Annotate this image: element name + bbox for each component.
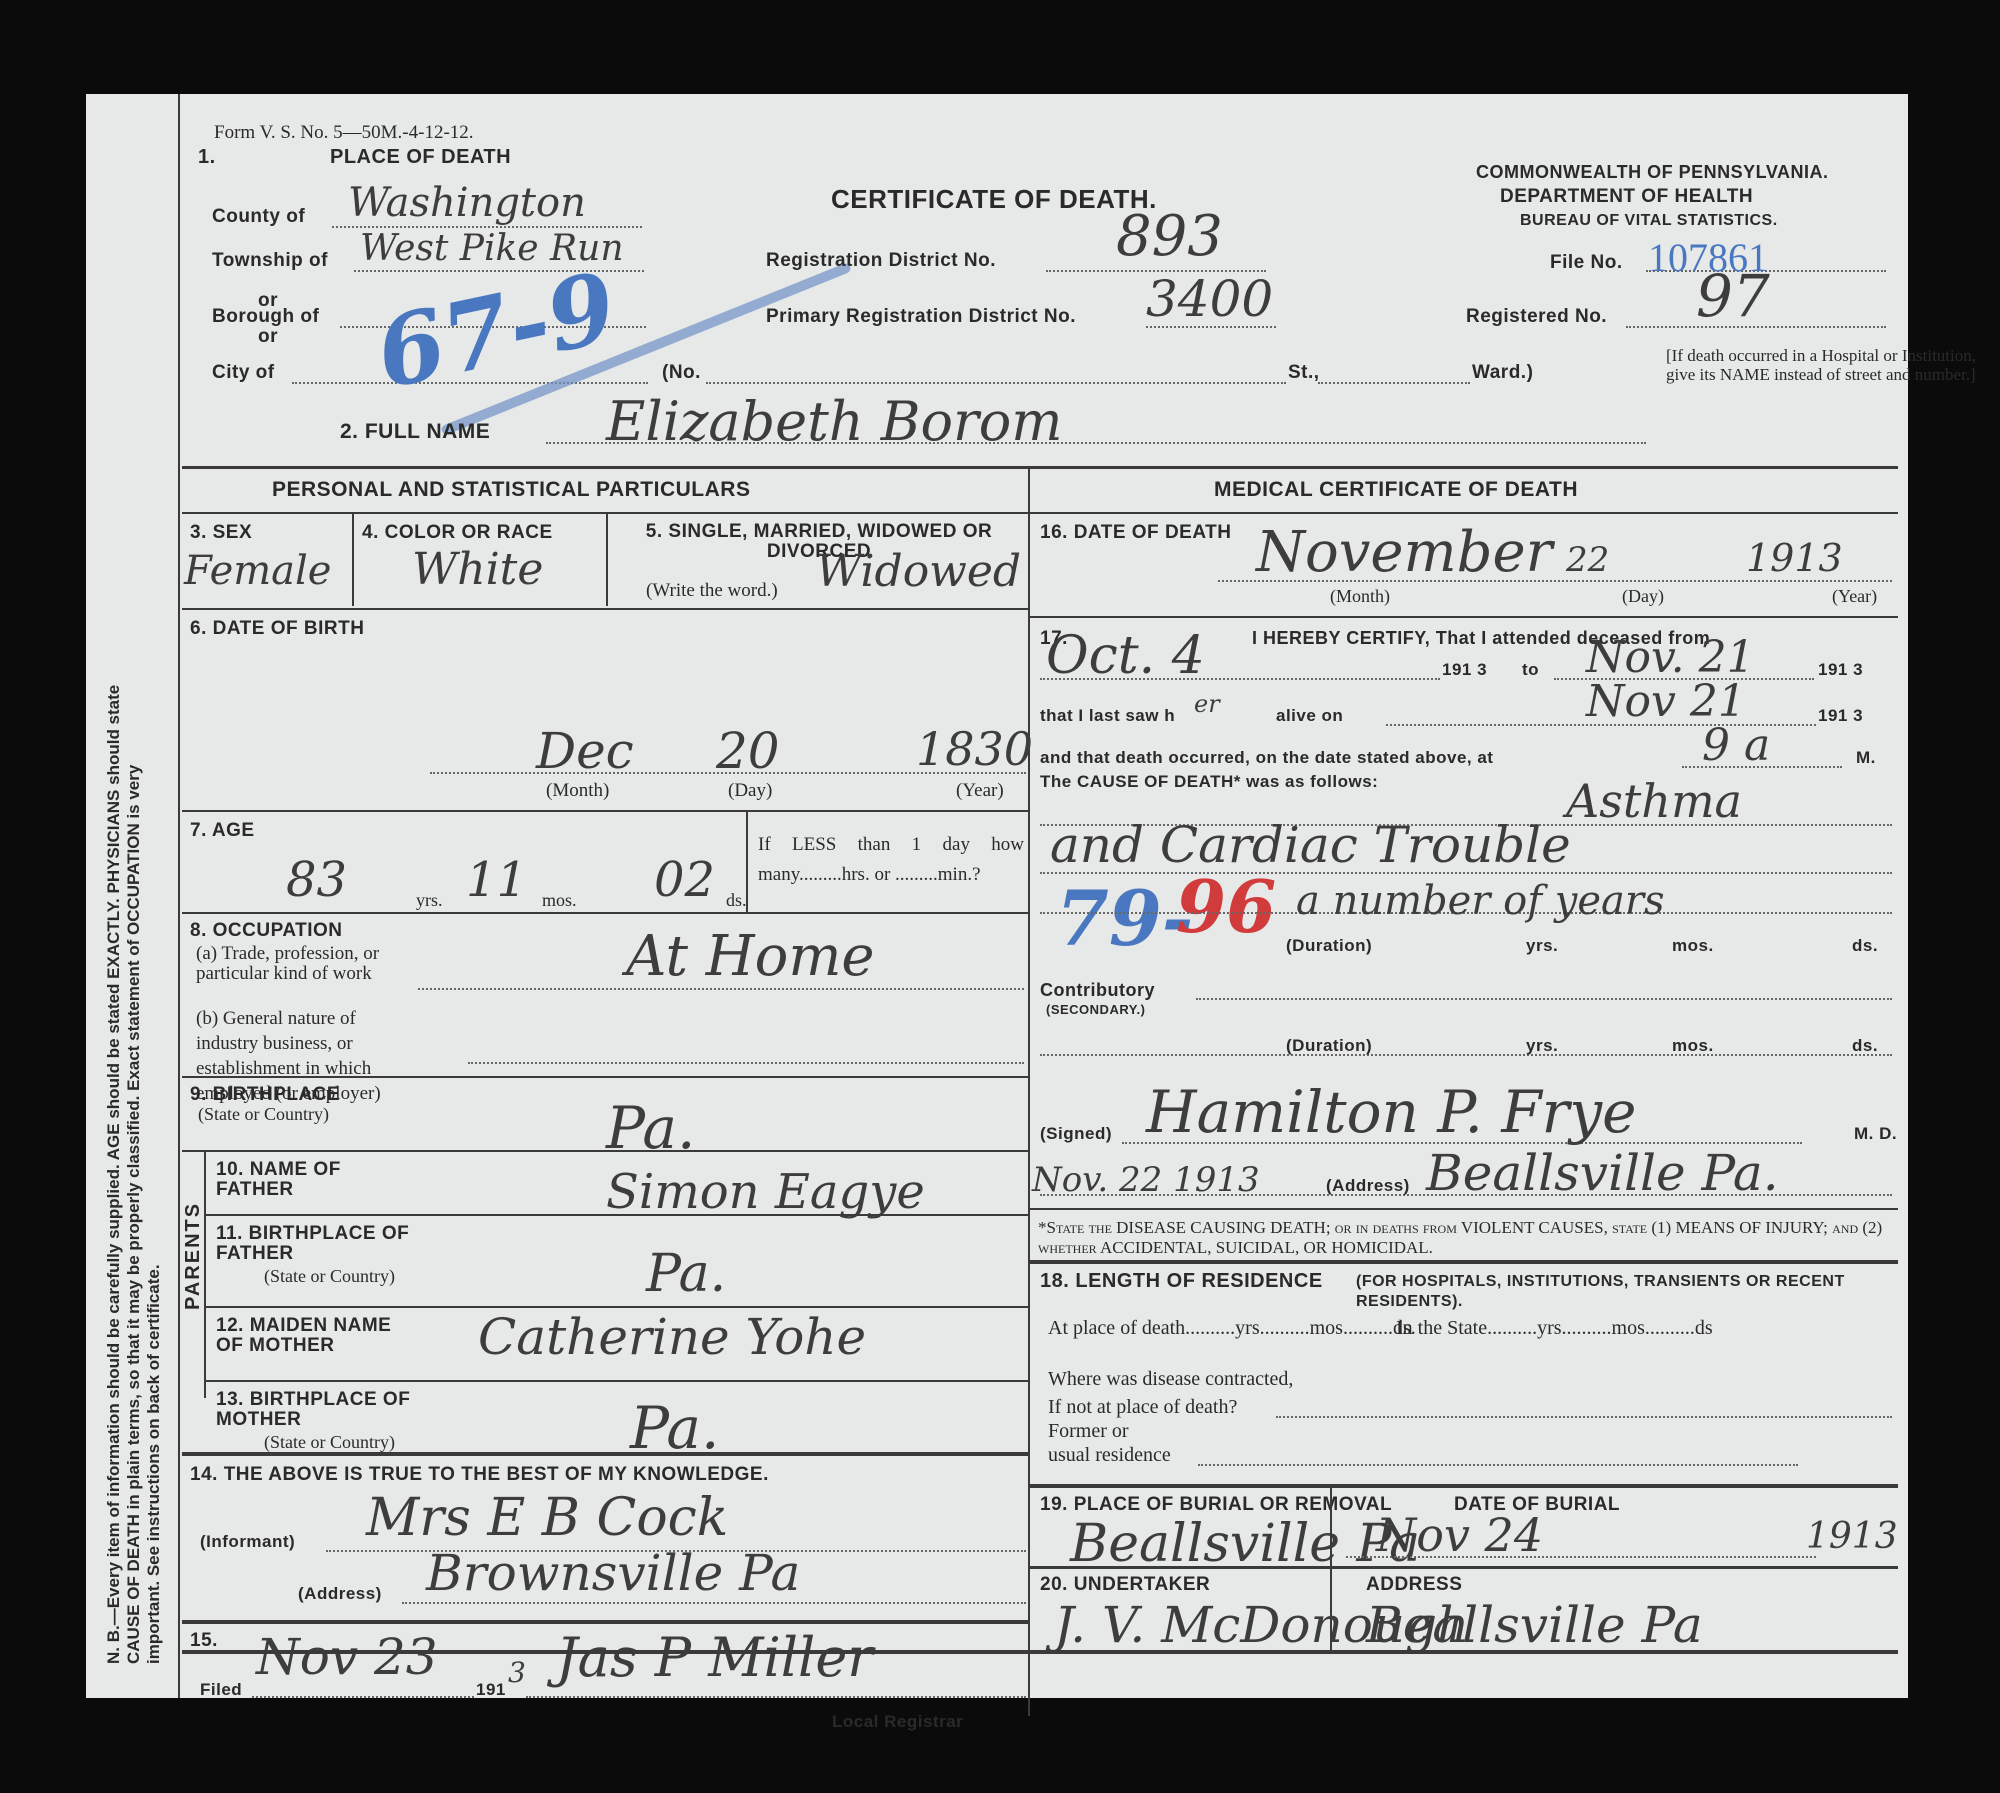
city-label: City of — [212, 362, 275, 384]
registrar-label: Local Registrar — [832, 1712, 963, 1732]
township-label: Township of — [212, 250, 328, 272]
contributory-line — [1196, 998, 1892, 1000]
filed-year-prefix: 191 — [476, 1680, 506, 1700]
rule — [204, 1214, 1028, 1216]
side-note-line1: N. B.—Every item of information should b… — [104, 685, 124, 1664]
form-number: Form V. S. No. 5—50M.-4-12-12. — [214, 122, 474, 144]
rule — [182, 608, 1028, 610]
ward-label: Ward.) — [1472, 362, 1533, 384]
dod-day-hint: (Day) — [1622, 586, 1664, 607]
borough-label: Borough of — [212, 306, 319, 328]
rule — [1030, 1260, 1898, 1264]
dob-day: 20 — [716, 722, 780, 780]
mother-birthplace-label: 13. BIRTHPLACE OF MOTHER — [216, 1390, 416, 1430]
sex-value: Female — [184, 548, 331, 594]
marital-hint: (Write the word.) — [646, 580, 778, 602]
cause-of-death-secondary-line: and Cardiac Trouble — [1050, 816, 1571, 874]
sex-label: 3. SEX — [190, 522, 252, 544]
contributory-label: Contributory — [1040, 980, 1155, 1001]
full-name-label: 2. FULL NAME — [340, 420, 490, 444]
informant-name: Mrs E B Cock — [366, 1488, 728, 1548]
dob-month: Dec — [536, 722, 634, 780]
burial-place-value: Beallsville Pa — [1070, 1514, 1420, 1574]
registered-no-value: 97 — [1696, 262, 1770, 330]
md-label: M. D. — [1854, 1124, 1897, 1144]
hospital-note: [If death occurred in a Hospital or Inst… — [1666, 346, 1976, 384]
personal-heading: PERSONAL AND STATISTICAL PARTICULARS — [272, 478, 750, 502]
registration-district-value: 893 — [1116, 204, 1223, 269]
agency-line2: DEPARTMENT OF HEALTH — [1500, 186, 1753, 208]
rule — [182, 1150, 1028, 1152]
rule — [182, 1452, 1028, 1456]
father-birthplace-value: Pa. — [646, 1244, 726, 1304]
rule — [182, 912, 1028, 914]
divider — [606, 514, 608, 606]
duration-mos: mos. — [1672, 936, 1714, 956]
birthplace-label: 9. BIRTHPLACE — [190, 1084, 340, 1106]
residence-in-state: In the State..........yrs..........mos..… — [1396, 1316, 1896, 1341]
residence-heading-note: (FOR HOSPITALS, INSTITUTIONS, TRANSIENTS… — [1356, 1272, 1896, 1312]
undertaker-address-label: ADDRESS — [1366, 1574, 1462, 1596]
street-label: St., — [1288, 362, 1320, 384]
age-days: 02 — [654, 852, 715, 908]
last-saw-label: that I last saw h — [1040, 706, 1175, 726]
alive-on-year: 191 3 — [1818, 706, 1863, 726]
not-at-place-label: If not at place of death? — [1048, 1396, 1237, 1419]
signed-label: (Signed) — [1040, 1124, 1112, 1144]
street-line — [706, 382, 1286, 384]
informant-label: (Informant) — [200, 1532, 295, 1552]
section-1-number: 1. — [198, 146, 216, 169]
rule — [182, 1620, 1028, 1624]
or-label-2: or — [258, 326, 278, 348]
undertaker-label: 20. UNDERTAKER — [1040, 1574, 1210, 1596]
informant-heading: 14. THE ABOVE IS TRUE TO THE BEST OF MY … — [190, 1464, 769, 1486]
filed-line — [252, 1696, 474, 1698]
cause-duration-text: a number of years — [1296, 878, 1665, 924]
filed-date: Nov 23 — [256, 1628, 438, 1686]
occupation-b-line — [468, 1062, 1024, 1064]
file-no-label: File No. — [1550, 252, 1623, 274]
last-saw-pronoun: er — [1194, 690, 1220, 718]
year-hint: (Year) — [956, 780, 1004, 802]
primary-district-value: 3400 — [1146, 270, 1273, 328]
attended-from-year: 191 3 — [1442, 660, 1487, 680]
blue-pencil-annotation: 67-9 — [367, 250, 625, 410]
usual-residence-line — [1198, 1464, 1798, 1466]
secondary-label: (SECONDARY.) — [1046, 1002, 1145, 1017]
duration-label: (Duration) — [1286, 936, 1372, 956]
time-of-death-text: and that death occurred, on the date sta… — [1040, 748, 1493, 768]
age-mos-unit: mos. — [542, 890, 577, 911]
divider — [746, 812, 748, 912]
duration-ds: ds. — [1852, 936, 1878, 956]
date-of-death-label: 16. DATE OF DEATH — [1040, 522, 1231, 544]
margin-rule — [178, 94, 180, 1698]
mother-name-value: Catherine Yohe — [478, 1308, 866, 1366]
day-hint: (Day) — [728, 780, 772, 802]
marital-value: Widowed — [816, 546, 1021, 597]
filing-number: 15. — [190, 1630, 218, 1652]
agency-line3: BUREAU OF VITAL STATISTICS. — [1520, 212, 1778, 230]
contributory-line-2 — [1040, 1054, 1892, 1056]
registration-district-label: Registration District No. — [766, 250, 996, 272]
registered-no-label: Registered No. — [1466, 306, 1607, 328]
age-yrs-unit: yrs. — [416, 890, 443, 911]
ward-line — [1318, 382, 1470, 384]
rule — [204, 1380, 1028, 1382]
filed-label: Filed — [200, 1680, 242, 1700]
duration-yrs: yrs. — [1526, 936, 1558, 956]
residence-heading: 18. LENGTH OF RESIDENCE — [1040, 1270, 1323, 1293]
age-months: 11 — [466, 852, 527, 908]
dod-year-hint: (Year) — [1832, 586, 1877, 607]
rule — [182, 810, 1028, 812]
certificate-title: CERTIFICATE OF DEATH. — [831, 184, 1157, 215]
death-certificate: N. B.—Every item of information should b… — [86, 94, 1908, 1698]
column-divider — [1028, 468, 1030, 1716]
date-of-death-day: 22 — [1566, 540, 1609, 580]
rule — [1030, 1484, 1898, 1488]
duration-label-2: (Duration) — [1286, 1036, 1372, 1056]
occupation-label: 8. OCCUPATION — [190, 920, 343, 942]
rule — [1030, 616, 1898, 618]
former-label: Former or — [1048, 1420, 1129, 1443]
dob-year: 1830 — [916, 722, 1033, 776]
dod-month-hint: (Month) — [1330, 586, 1390, 607]
alive-on-label: alive on — [1276, 706, 1343, 726]
cause-code-red: 96 — [1176, 864, 1276, 949]
primary-district-label: Primary Registration District No. — [766, 306, 1076, 328]
father-birthplace-label: 11. BIRTHPLACE OF FATHER — [216, 1224, 416, 1264]
informant-address: Brownsville Pa — [426, 1544, 800, 1602]
filed-year-suffix: 3 — [508, 1656, 526, 1689]
rule — [1030, 1566, 1898, 1569]
age-label: 7. AGE — [190, 820, 255, 842]
dob-label: 6. DATE OF BIRTH — [190, 618, 364, 640]
burial-place-label: 19. PLACE OF BURIAL OR REMOVAL — [1040, 1494, 1392, 1516]
medical-heading: MEDICAL CERTIFICATE OF DEATH — [1214, 478, 1578, 502]
cause-of-death-label: The CAUSE OF DEATH* was as follows: — [1040, 772, 1378, 792]
side-note-line2: CAUSE OF DEATH in plain terms, so that i… — [124, 765, 144, 1664]
rule — [182, 466, 1898, 469]
burial-date-value: Nov 24 — [1376, 1508, 1543, 1562]
physician-signature: Hamilton P. Frye — [1146, 1078, 1636, 1146]
rule — [1030, 512, 1898, 514]
usual-residence-label: usual residence — [1048, 1444, 1171, 1467]
registrar-signature: Jas P Miller — [556, 1626, 873, 1689]
disease-contracted-label: Where was disease contracted, — [1048, 1368, 1293, 1391]
not-at-place-line — [1276, 1416, 1892, 1418]
month-hint: (Month) — [546, 780, 609, 802]
parents-label: PARENTS — [182, 1202, 205, 1310]
cause-code-blue: 79- — [1056, 874, 1193, 963]
age-years: 83 — [286, 852, 347, 908]
county-value: Washington — [348, 180, 586, 226]
attended-from-date: Oct. 4 — [1046, 626, 1205, 686]
informant-address-line — [402, 1602, 1026, 1604]
place-of-death-heading: PLACE OF DEATH — [330, 146, 511, 169]
race-value: White — [412, 544, 543, 595]
side-note-line3: important. See instructions on back of c… — [144, 1264, 164, 1664]
duration-ds-2: ds. — [1852, 1036, 1878, 1056]
mother-name-label: 12. MAIDEN NAME OF MOTHER — [216, 1316, 416, 1356]
agency-line1: COMMONWEALTH OF PENNSYLVANIA. — [1476, 162, 1828, 183]
bottom-rule — [182, 1650, 1898, 1654]
rule — [1030, 1208, 1898, 1210]
full-name-value: Elizabeth Borom — [606, 390, 1063, 453]
time-of-death-value: 9 a — [1702, 720, 1770, 771]
mother-birthplace-hint: (State or Country) — [264, 1432, 395, 1453]
age-ds-unit: ds. — [726, 890, 747, 911]
time-of-death-suffix: M. — [1856, 748, 1876, 768]
duration-yrs-2: yrs. — [1526, 1036, 1558, 1056]
street-number-label: (No. — [662, 362, 701, 384]
physician-address: Beallsville Pa. — [1426, 1144, 1779, 1202]
cause-of-death-primary: Asthma — [1566, 774, 1742, 828]
informant-address-label: (Address) — [298, 1584, 382, 1604]
father-name-value: Simon Eagye — [606, 1164, 925, 1220]
birthplace-hint: (State or Country) — [198, 1104, 329, 1125]
undertaker-address: Beallsville Pa — [1366, 1596, 1703, 1654]
race-label: 4. COLOR OR RACE — [362, 522, 553, 544]
duration-mos-2: mos. — [1672, 1036, 1714, 1056]
to-label: to — [1522, 660, 1539, 680]
rule — [182, 1076, 1028, 1078]
burial-year-value: 1913 — [1806, 1516, 1898, 1557]
occupation-value: At Home — [626, 924, 875, 989]
less-than-day-note: If LESS than 1 day how many.........hrs.… — [758, 830, 1024, 890]
date-of-death-year: 1913 — [1746, 536, 1843, 580]
father-name-label: 10. NAME OF FATHER — [216, 1160, 366, 1200]
father-birthplace-hint: (State or Country) — [264, 1266, 395, 1287]
physician-signed-date: Nov. 22 1913 — [1032, 1160, 1260, 1200]
date-of-death-month: November — [1256, 520, 1552, 585]
registrar-line — [526, 1696, 1026, 1698]
physician-address-label: (Address) — [1326, 1176, 1410, 1196]
cause-footnote: *State the DISEASE CAUSING DEATH; or in … — [1038, 1218, 1894, 1258]
attended-to-year: 191 3 — [1818, 660, 1863, 680]
divider — [352, 514, 354, 606]
occupation-a-note: (a) Trade, profession, or particular kin… — [196, 944, 386, 984]
residence-at-place: At place of death..........yrs..........… — [1048, 1316, 1418, 1341]
county-label: County of — [212, 206, 305, 228]
rule — [182, 512, 1028, 514]
